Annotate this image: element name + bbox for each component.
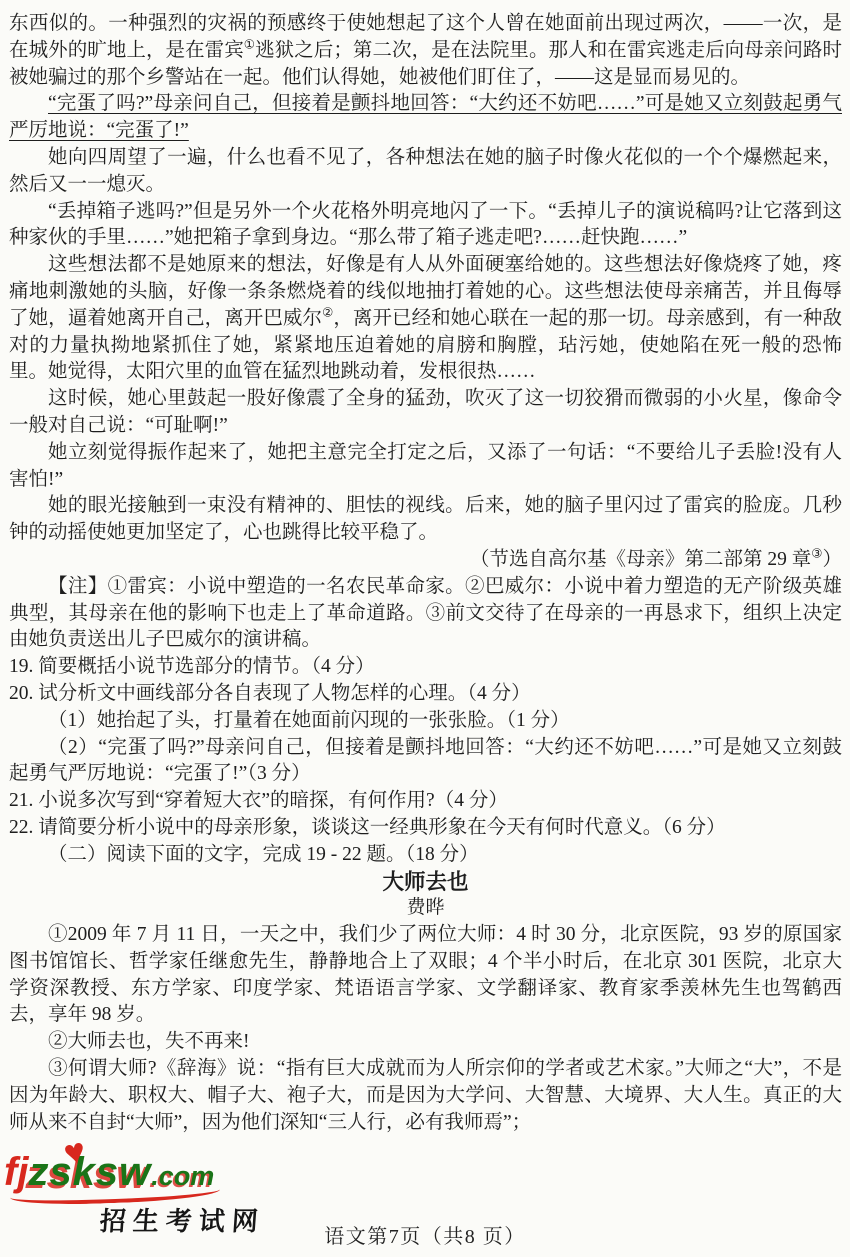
watermark-logo-com: .com: [151, 1161, 214, 1191]
exam-page: 东西似的。一种强烈的灾祸的预感终于使她想起了这个人曾在她面前出现过两次，——一次…: [0, 0, 850, 1257]
passage1-notes: 【注】①雷宾：小说中塑造的一名农民革命家。②巴威尔：小说中着力塑造的无产阶级英雄…: [9, 574, 842, 654]
essay-paragraph-1: ①2009 年 7 月 11 日，一天之中，我们少了两位大师：4 时 30 分，…: [9, 922, 842, 1029]
essay-title: 大师去也: [9, 869, 842, 896]
section-2-heading: （二）阅读下面的文字，完成 19 - 22 题。（18 分）: [9, 842, 842, 869]
passage1-paragraph: 她的眼光接触到一束没有精神的、胆怯的视线。后来，她的脑子里闪过了雷宾的脸庞。几秒…: [9, 493, 842, 547]
essay-paragraph-2: ②大师去也，失不再来!: [9, 1029, 842, 1056]
passage1-paragraph: 她立刻觉得振作起来了，她把主意完全打定之后，又添了一句话：“不要给儿子丢脸!没有…: [9, 440, 842, 494]
passage1-paragraph: “丢掉箱子逃吗?”但是另外一个火花格外明亮地闪了一下。“丢掉儿子的演说稿吗?让它…: [9, 199, 842, 253]
watermark-logo-fj: fj: [4, 1150, 28, 1194]
passage1-source-citation: （节选自高尔基《母亲》第二部第 29 章③）: [9, 547, 842, 574]
question-22: 22. 请简要分析小说中的母亲形象，谈谈这一经典形象在今天有何时代意义。（6 分…: [9, 815, 842, 842]
note-reference: ①: [244, 37, 255, 51]
question-20: 20. 试分析文中画线部分各自表现了人物怎样的心理。（4 分）: [9, 681, 842, 708]
essay-author: 费晔: [9, 895, 842, 922]
note-reference: ③: [811, 546, 822, 560]
note-reference: ②: [322, 305, 333, 319]
question-20-sub-2: （2）“完蛋了吗?”母亲问自己，但接着是颤抖地回答：“大约还不妨吧……”可是她又…: [9, 735, 842, 789]
question-20-sub-1: （1）她抬起了头，打量着在她面前闪现的一张张脸。（1 分）: [9, 708, 842, 735]
watermark-logo-zsksw: zsksw: [28, 1150, 151, 1194]
document-content: 东西似的。一种强烈的灾祸的预感终于使她想起了这个人曾在她面前出现过两次，——一次…: [9, 11, 842, 1136]
page-footer: 语文第7页（共8 页）: [0, 1220, 850, 1249]
watermark-logo: ♥fjzsksw.com: [4, 1150, 344, 1203]
essay-paragraph-3: ③何谓大师?《辞海》说：“指有巨大成就而为人所宗仰的学者或艺术家。”大师之“大”…: [9, 1056, 842, 1136]
passage1-paragraph-continuation: 东西似的。一种强烈的灾祸的预感终于使她想起了这个人曾在她面前出现过两次，——一次…: [9, 11, 842, 91]
question-19: 19. 简要概括小说节选部分的情节。（4 分）: [9, 654, 842, 681]
passage1-paragraph: 这些想法都不是她原来的想法，好像是有人从外面硬塞给她的。这些想法好像烧疼了她，疼…: [9, 252, 842, 386]
passage1-underlined-paragraph: “完蛋了吗?”母亲问自己，但接着是颤抖地回答：“大约还不妨吧……”可是她又立刻鼓…: [9, 91, 842, 145]
passage1-paragraph: 她向四周望了一遍，什么也看不见了，各种想法在她的脑子时像火花似的一个个爆燃起来，…: [9, 145, 842, 199]
question-21: 21. 小说多次写到“穿着短大衣”的暗探，有何作用?（4 分）: [9, 788, 842, 815]
passage1-paragraph: 这时候，她心里鼓起一股好像震了全身的猛劲，吹灭了这一切狡猾而微弱的小火星，像命令…: [9, 386, 842, 440]
